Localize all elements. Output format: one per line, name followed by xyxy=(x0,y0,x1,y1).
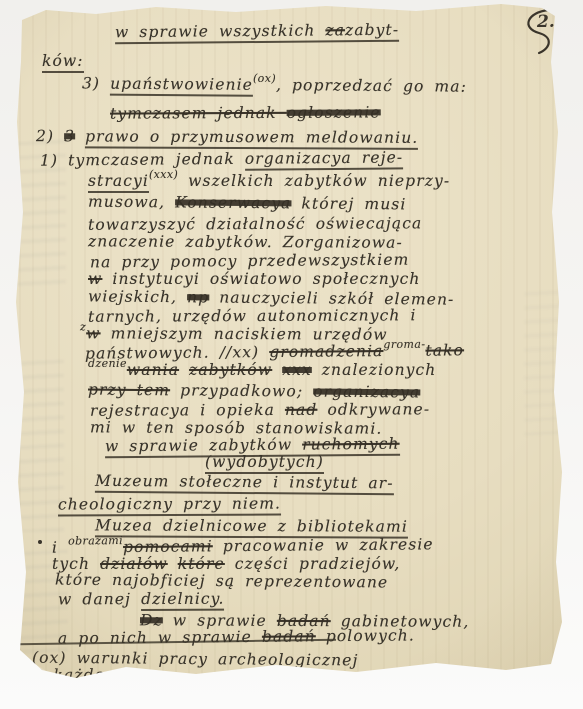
handwriting-segment: nauczycieli szkół elemen- xyxy=(209,288,454,308)
handwriting-segment: obrazami xyxy=(68,534,123,547)
handwriting-segment: pracowanie w zakresie xyxy=(213,535,434,555)
manuscript-line: cheologiczny przy niem. xyxy=(58,495,281,517)
handwriting-segment: rejestracya i opieka xyxy=(90,401,285,420)
handwriting-segment xyxy=(168,555,178,573)
handwriting-segment: Muzea dzielnicowe z bibliotekami xyxy=(95,516,408,535)
manuscript-line: zw mniejszym naciskiem urzędów xyxy=(80,324,388,343)
handwriting-segment: w danej xyxy=(58,590,141,608)
handwriting-segment: które najobficiej są reprezentowane xyxy=(55,571,388,592)
handwriting-segment: (wydobytych) xyxy=(205,453,324,471)
manuscript-line: 2) 3 prawo o przymusowem meldowaniu. xyxy=(36,127,418,147)
handwriting-segment: przypadkowo; xyxy=(170,381,313,400)
handwriting-segment: (xxx) xyxy=(149,168,178,181)
scan-background: { "document": { "page_number": "2.", "co… xyxy=(0,0,583,709)
handwriting-segment: cheologiczny przy niem. xyxy=(58,495,281,514)
manuscript-line: na przy pomocy przedewszystkiem xyxy=(90,251,410,272)
handwriting-segment: odkrywane- xyxy=(317,400,430,418)
manuscript-line: tymczasem jednak ogłoszenie xyxy=(110,103,381,122)
handwriting-segment: organizacya reje- xyxy=(245,148,404,170)
handwriting-segment: które xyxy=(178,555,225,573)
handwriting-segment: znalezionych xyxy=(312,361,437,379)
manuscript-line: i obrazamipomocami pracowanie w zakresie xyxy=(52,535,434,556)
manuscript-line: w danej dzielnicy. xyxy=(58,590,225,609)
handwriting-segment: w sprawie wszystkich xyxy=(115,21,326,41)
manuscript-line: dzeniewania zabytków xxx znalezionych xyxy=(88,361,436,379)
handwriting-segment: tarnych, urzędów autonomicznych i xyxy=(88,306,417,325)
handwriting-segment: , poprzedzać go ma: xyxy=(276,76,467,96)
handwriting-segment: Muzeum stołeczne i instytut ar- xyxy=(95,472,394,493)
handwriting-segment: wszelkich zabytków nieprzy- xyxy=(178,172,450,190)
handwriting-segment xyxy=(75,127,85,145)
manuscript-line: które najobficiej są reprezentowane xyxy=(55,571,388,592)
handwriting-segment: badań xyxy=(262,627,316,645)
manuscript-line: towarzyszyć działalność oświecająca xyxy=(88,214,422,233)
handwriting-segment: ków: xyxy=(42,52,84,70)
handwriting-segment: polowych. xyxy=(316,626,415,645)
manuscript-line: 3) upaństwowienie(ox), poprzedzać go ma: xyxy=(82,74,467,95)
manuscript-line: Muzeum stołeczne i instytut ar- xyxy=(95,472,394,496)
handwriting-segment: zabyt- xyxy=(345,21,399,39)
handwriting-segment: groma- xyxy=(383,338,425,351)
handwriting-segment: towarzyszyć działalność oświecająca xyxy=(88,214,422,233)
handwriting-segment: ruchomych xyxy=(302,435,400,454)
manuscript-line: tarnych, urzędów autonomicznych i xyxy=(88,306,417,325)
manuscript-line: 1) tymczasem jednak organizacya reje- xyxy=(40,148,403,169)
handwriting-segment: i xyxy=(52,539,68,557)
handwriting-segment: w xyxy=(88,270,102,288)
handwriting-segment: w xyxy=(86,324,100,342)
manuscript-line: w sprawie wszystkich zazabyt- xyxy=(115,21,399,44)
handwriting-segment: np xyxy=(187,288,209,306)
handwriting-segment: wania xyxy=(127,361,179,379)
page-number: 2. xyxy=(511,6,563,56)
handwriting-segment: wiejskich, xyxy=(88,287,187,306)
handwriting-segment: 3) xyxy=(82,74,110,92)
manuscript-line: państwowych. //xx) gromadzeniagroma-tako xyxy=(85,341,464,362)
handwriting-segment: 2) xyxy=(36,127,64,145)
handwriting-segment: znaczenie zabytków. Zorganizowa- xyxy=(88,232,403,251)
manuscript-line: dla każdego xyxy=(16,666,126,684)
handwriting-segment: mniejszym naciskiem urzędów xyxy=(101,324,388,343)
verso-show-through xyxy=(524,282,564,442)
ink-blot xyxy=(38,540,42,544)
verso-show-through xyxy=(12,352,64,532)
handwriting-segment: dzielnicy. xyxy=(141,590,225,611)
manuscript-line: ków: xyxy=(42,52,84,73)
handwriting-segment: na przy pomocy przedewszystkiem xyxy=(90,251,410,272)
manuscript-line: w instytucyi oświatowo społecznych xyxy=(88,270,421,288)
manuscript-paper-sheet: w sprawie wszystkich zazabyt-ków:3) upań… xyxy=(6,2,572,688)
handwriting-segment: której musi xyxy=(291,194,406,213)
handwriting-segment: pomocami xyxy=(123,537,213,556)
manuscript-line: znaczenie zabytków. Zorganizowa- xyxy=(88,232,403,251)
handwriting-segment: ogłoszenie xyxy=(287,103,381,121)
handwriting-segment: nad xyxy=(285,401,318,419)
handwriting-segment: stracyi xyxy=(88,172,149,193)
manuscript-line: musowa, Konserwacya której musi xyxy=(88,193,407,214)
handwriting-segment: dzenie xyxy=(88,357,127,370)
handwriting-segment: tymczasem jednak xyxy=(110,104,287,123)
manuscript-line: (wydobytych) xyxy=(205,453,324,474)
handwriting-segment: przy tem xyxy=(88,381,170,400)
handwriting-segment: 3 xyxy=(64,127,75,145)
handwriting-segment: xxx xyxy=(282,361,312,379)
handwriting-segment: za xyxy=(325,21,345,39)
handwriting-segment: zabytków xyxy=(189,361,272,379)
handwriting-segment: musowa, xyxy=(88,193,175,212)
handwriting-segment: organizacya xyxy=(313,383,420,402)
handwriting-segment xyxy=(272,361,282,379)
handwriting-segment: (ox) xyxy=(253,72,276,85)
handwriting-segment: instytucyi oświatowo społecznych xyxy=(102,270,420,288)
handwriting-segment: z xyxy=(80,320,86,333)
manuscript-line: stracyi(xxx) wszelkich zabytków nieprzy- xyxy=(88,172,450,190)
handwriting-segment: części pradziejów, xyxy=(225,555,401,573)
manuscript-line: a po nich w sprawie badań polowych. xyxy=(58,626,415,647)
handwriting-segment: (ox) xyxy=(32,649,77,667)
handwriting-segment: prawo o przymusowem meldowaniu. xyxy=(85,127,418,149)
handwriting-segment: 1) tymczasem jednak xyxy=(40,150,245,170)
handwriting-segment: a po nich w sprawie xyxy=(58,628,262,648)
manuscript-line: rejestracya i opieka nad odkrywane- xyxy=(90,400,430,419)
handwriting-segment: Dz xyxy=(140,611,163,629)
handwriting-segment xyxy=(179,361,189,379)
handwriting-segment: dla każdego xyxy=(16,666,126,684)
page-number-value: 2. xyxy=(537,12,555,32)
manuscript-line: przy tem przypadkowo; organizacya xyxy=(88,381,420,402)
handwriting-segment: tako xyxy=(425,341,464,359)
handwriting-segment: Konserwacya xyxy=(175,193,291,212)
handwriting-segment: upaństwowienie xyxy=(110,75,253,97)
handwriting-segment: gromadzenia xyxy=(269,342,383,361)
